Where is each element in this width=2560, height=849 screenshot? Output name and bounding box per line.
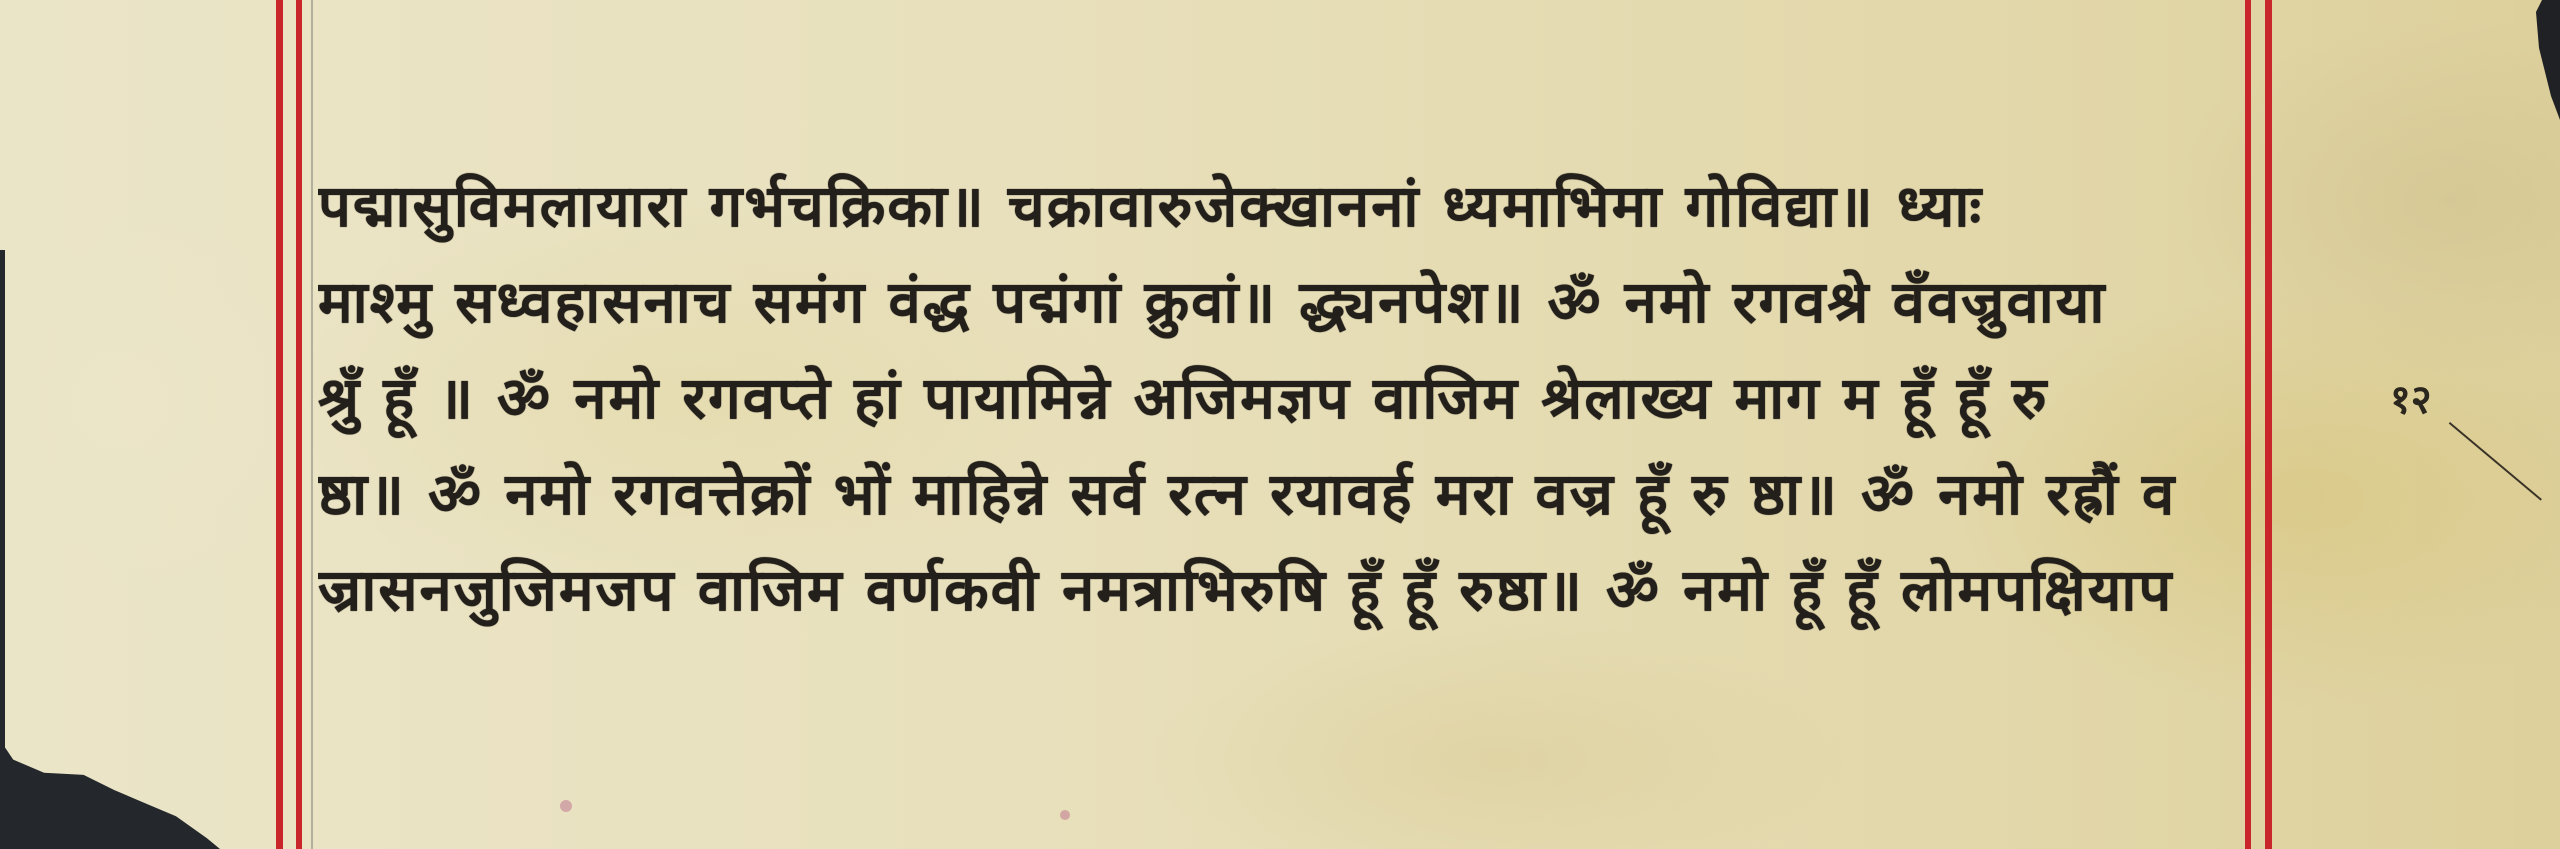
manuscript-text-block: पद्मासुविमलायारा गर्भचक्रिका॥ चक्रावारुज… [318, 158, 2243, 638]
folio-number: १२ [2390, 370, 2432, 425]
margin-rule-left-outer [276, 0, 283, 849]
text-line-5: ज्रासनजुजिमजप वाजिम वर्णकवी नमत्राभिरुषि… [318, 542, 2243, 638]
text-line-1: पद्मासुविमलायारा गर्भचक्रिका॥ चक्रावारुज… [318, 158, 2243, 254]
torn-corner-bottom-left [0, 740, 220, 849]
text-line-2: माश्मु सध्वहासनाच समंग वंद्ध पद्मंगां क्… [318, 254, 2243, 350]
margin-rule-right-outer [2265, 0, 2272, 849]
ink-stain [560, 800, 572, 812]
folio-number-tick-mark [2449, 422, 2542, 501]
text-line-4: ष्ठा॥ ॐ नमो रगवत्तेक्रों भों माहिन्ने सर… [318, 446, 2243, 542]
ink-stain [1060, 810, 1070, 820]
text-line-3: श्रुँ हूँ ॥ ॐ नमो रगवप्ते हां पायामिन्ने… [318, 350, 2243, 446]
margin-rule-left-inner [296, 0, 302, 849]
margin-rule-right-inner [2245, 0, 2251, 849]
manuscript-folio: पद्मासुविमलायारा गर्भचक्रिका॥ चक्रावारुज… [0, 0, 2560, 849]
pencil-guide-line [311, 0, 313, 849]
torn-edge-left [0, 250, 5, 770]
torn-corner-top-right [2530, 0, 2560, 120]
